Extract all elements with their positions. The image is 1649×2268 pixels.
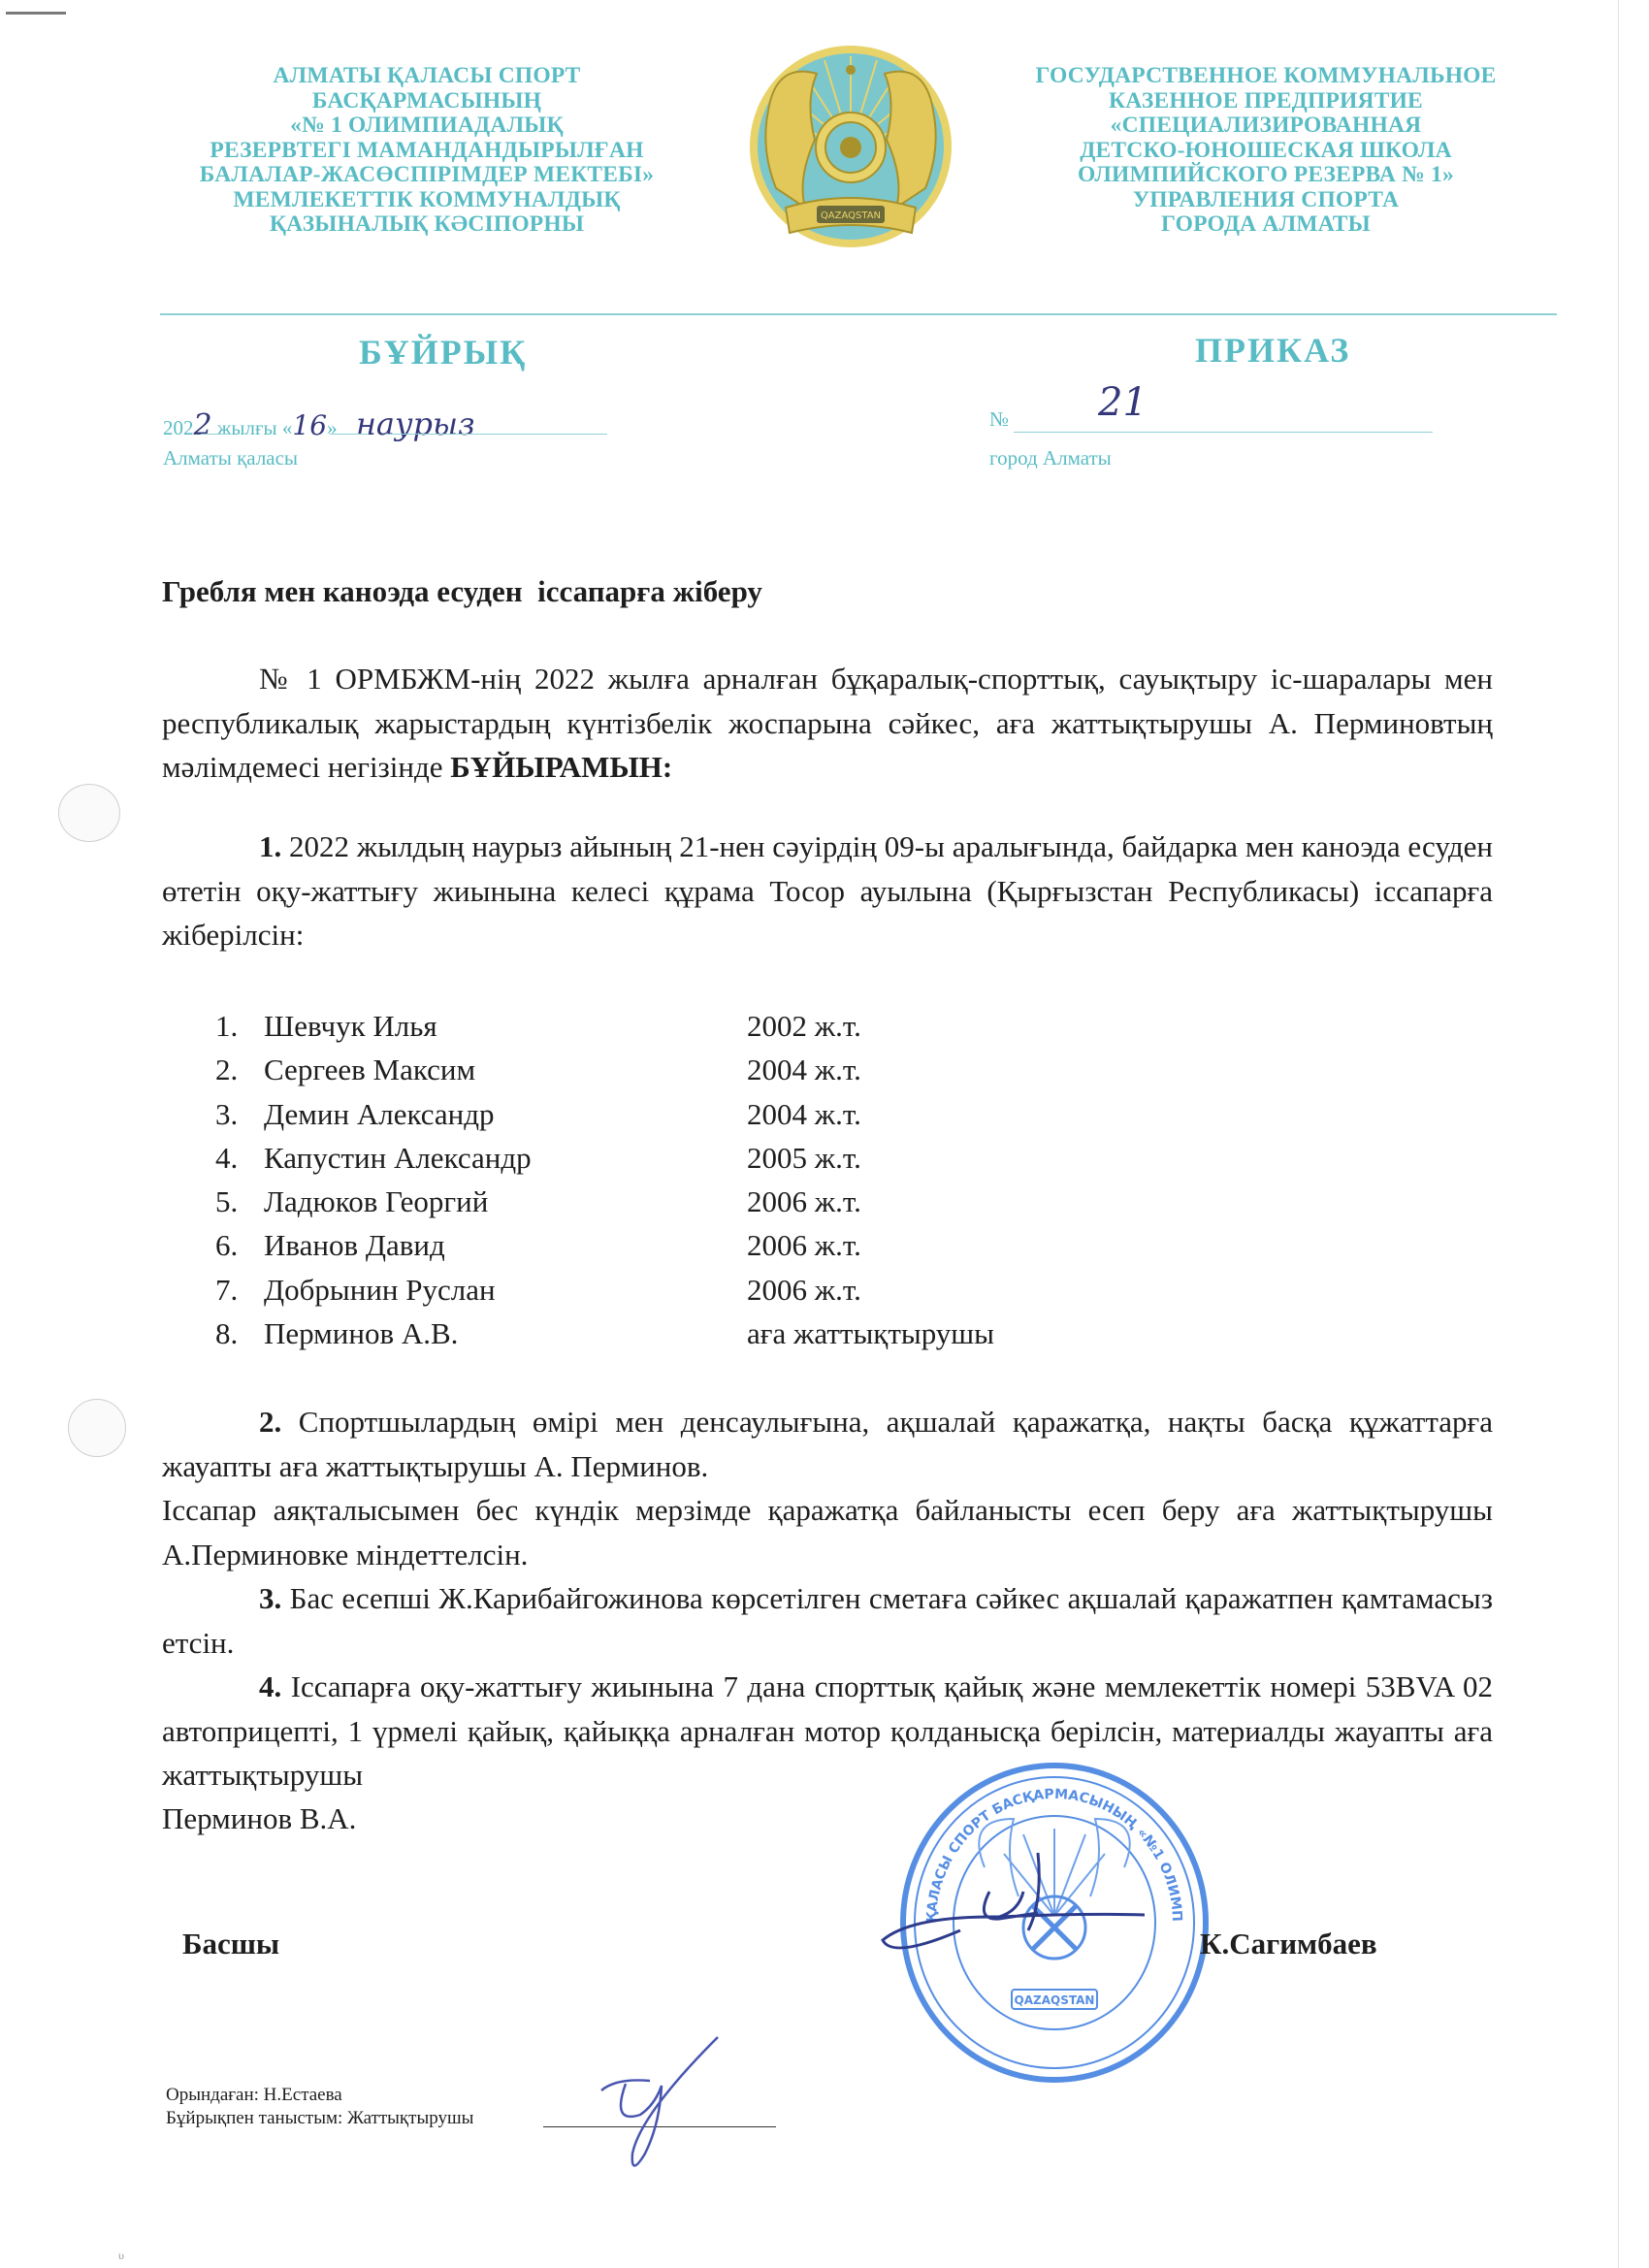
document-subject: Гребля мен каноэда есуден іссапарға жібе…	[162, 574, 762, 609]
scan-mark	[6, 12, 66, 15]
clause-4-continuation: Перминов В.А.	[162, 1797, 1493, 1841]
director-signature-icon	[854, 1824, 1145, 1960]
date-day-underline	[330, 434, 369, 435]
date-month: наурыз	[356, 405, 475, 442]
participant-info: аға жаттықтырушы	[747, 1312, 1135, 1355]
clause-number: 3.	[259, 1581, 281, 1615]
list-item: 2.Сергеев Максим2004 ж.т.	[215, 1048, 1135, 1091]
participant-name: Капустин Александр	[264, 1136, 747, 1180]
clause-3: 3. Бас есепші Ж.Карибайгожинова көрсетіл…	[162, 1576, 1493, 1665]
signature-role: Басшы	[182, 1927, 279, 1961]
clause-text: 2022 жылдың наурыз айының 21-нен сәуірді…	[162, 829, 1493, 952]
list-item: 8.Перминов А.В.аға жаттықтырушы	[215, 1312, 1135, 1355]
org-line: ДЕТСКО-ЮНОШЕСКАЯ ШКОЛА	[1004, 139, 1528, 164]
signature-name: К.Сагимбаев	[1200, 1927, 1377, 1961]
participant-name: Добрынин Руслан	[264, 1268, 747, 1312]
participant-name: Ладюков Георгий	[264, 1180, 747, 1223]
participant-info: 2006 ж.т.	[747, 1268, 1135, 1312]
date-year-suffix: жылғы «	[217, 416, 293, 439]
list-item: 4.Капустин Александр2005 ж.т.	[215, 1136, 1135, 1180]
participant-name: Иванов Давид	[264, 1223, 747, 1267]
order-number-label: №	[989, 407, 1009, 432]
list-item: 6.Иванов Давид2006 ж.т.	[215, 1223, 1135, 1267]
date-year-digit: 2	[194, 408, 212, 442]
clause-2: 2. Спортшылардың өмірі мен денсаулығына,…	[162, 1400, 1493, 1488]
date-year-underline	[201, 434, 230, 435]
org-line: МЕМЛЕКЕТТІК КОММУНАЛДЫҚ	[170, 188, 684, 213]
clause-text: Іссапарға оқу-жаттығу жиынына 7 дана спо…	[162, 1669, 1493, 1792]
trainer-signature-icon	[572, 2018, 747, 2183]
list-item: 3.Демин Александр2004 ж.т.	[215, 1092, 1135, 1136]
header-right-org: ГОСУДАРСТВЕННОЕ КОММУНАЛЬНОЕ КАЗЕННОЕ ПР…	[1004, 64, 1528, 238]
clause-text: Спортшылардың өмірі мен денсаулығына, ақ…	[162, 1405, 1493, 1483]
order-title-kz: БҰЙРЫҚ	[359, 332, 527, 373]
clause-1: 1. 2022 жылдың наурыз айының 21-нен сәуі…	[162, 825, 1493, 957]
org-line: «№ 1 ОЛИМПИАДАЛЫҚ	[170, 113, 684, 139]
clause-number: 4.	[259, 1669, 281, 1703]
org-line: ГОСУДАРСТВЕННОЕ КОММУНАЛЬНОЕ	[1004, 64, 1528, 89]
svg-text:QAZAQSTAN: QAZAQSTAN	[821, 211, 881, 221]
svg-text:QAZAQSTAN: QAZAQSTAN	[1015, 1993, 1095, 2007]
participant-info: 2005 ж.т.	[747, 1136, 1135, 1180]
date-day: 16	[292, 409, 327, 441]
participant-list: 1.Шевчук Илья2002 ж.т. 2.Сергеев Максим2…	[215, 1004, 1135, 1355]
list-item: 5.Ладюков Георгий2006 ж.т.	[215, 1180, 1135, 1223]
org-line: БАСҚАРМАСЫНЫҢ	[170, 89, 684, 114]
org-line: РЕЗЕРВТЕГІ МАМАНДАНДЫРЫЛҒАН	[170, 139, 684, 164]
clause-number: 2.	[259, 1405, 281, 1439]
order-city-kz: Алматы қаласы	[163, 446, 298, 470]
org-line: ОЛИМПИЙСКОГО РЕЗЕРВА № 1»	[1004, 163, 1528, 188]
participant-name: Демин Александр	[264, 1092, 747, 1136]
date-month-underline	[386, 434, 607, 435]
clause-text: Бас есепші Ж.Карибайгожинова көрсетілген…	[162, 1581, 1493, 1660]
executor-note: Орындаған: Н.Естаева	[166, 2084, 342, 2107]
date-year-prefix: 202	[163, 416, 194, 439]
order-number: 21	[1098, 380, 1148, 425]
list-item: 7.Добрынин Руслан2006 ж.т.	[215, 1268, 1135, 1312]
kazakhstan-emblem-icon: QAZAQSTAN	[747, 43, 954, 250]
org-line: АЛМАТЫ ҚАЛАСЫ СПОРТ	[170, 64, 684, 89]
punch-hole	[68, 1399, 126, 1457]
participant-info: 2002 ж.т.	[747, 1004, 1135, 1048]
preamble-text: № 1 ОРМБЖМ-нің 2022 жылға арналған бұқар…	[162, 662, 1493, 784]
clause-2-continuation: Іссапар аяқталысымен бес күндік мерзімде…	[162, 1488, 1493, 1576]
participant-name: Сергеев Максим	[264, 1048, 747, 1091]
org-line: УПРАВЛЕНИЯ СПОРТА	[1004, 188, 1528, 213]
participant-info: 2006 ж.т.	[747, 1180, 1135, 1223]
acknowledgement-note: Бұйрықпен таныстым: Жаттықтырушы	[166, 2107, 473, 2130]
clause-number: 1.	[259, 829, 281, 863]
order-date: 2022 жылғы «16» наурыз	[163, 405, 475, 442]
participant-info: 2004 ж.т.	[747, 1048, 1135, 1091]
clause-4: 4. Іссапарға оқу-жаттығу жиынына 7 дана …	[162, 1665, 1493, 1798]
order-city-ru: город Алматы	[989, 446, 1112, 470]
header-left-org: АЛМАТЫ ҚАЛАСЫ СПОРТ БАСҚАРМАСЫНЫҢ «№ 1 О…	[170, 64, 684, 238]
list-item: 1.Шевчук Илья2002 ж.т.	[215, 1004, 1135, 1048]
scan-mark: υ	[118, 2249, 124, 2263]
scan-edge	[1618, 0, 1619, 2268]
org-line: БАЛАЛАР-ЖАСӨСПІРІМДЕР МЕКТЕБІ»	[170, 163, 684, 188]
org-line: ҚАЗЫНАЛЫҚ КӘСІПОРНЫ	[170, 212, 684, 238]
participant-info: 2006 ж.т.	[747, 1223, 1135, 1267]
order-title-ru: ПРИКАЗ	[1195, 330, 1350, 371]
punch-hole	[58, 784, 120, 842]
participant-name: Перминов А.В.	[264, 1312, 747, 1355]
participant-name: Шевчук Илья	[264, 1004, 747, 1048]
org-line: «СПЕЦИАЛИЗИРОВАННАЯ	[1004, 113, 1528, 139]
org-line: КАЗЕННОЕ ПРЕДПРИЯТИЕ	[1004, 89, 1528, 114]
participant-info: 2004 ж.т.	[747, 1092, 1135, 1136]
order-number-underline	[1014, 432, 1433, 433]
preamble-directive: БҰЙЫРАМЫН:	[450, 750, 672, 784]
header-divider	[160, 313, 1557, 315]
preamble-paragraph: № 1 ОРМБЖМ-нің 2022 жылға арналған бұқар…	[162, 657, 1493, 790]
date-day-close: »	[327, 416, 338, 439]
org-line: ГОРОДА АЛМАТЫ	[1004, 212, 1528, 238]
